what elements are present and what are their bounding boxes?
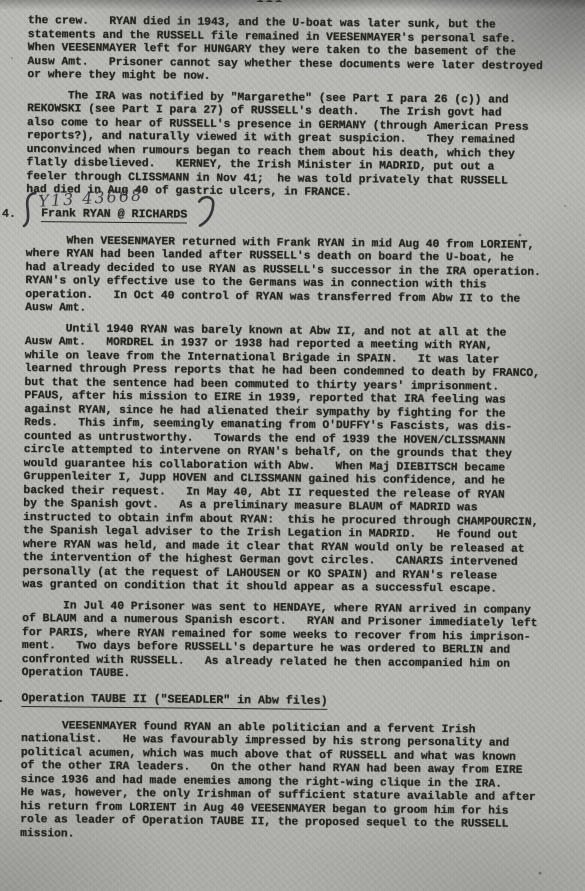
pencil-bracket-left-icon [20, 189, 38, 227]
section5-number: 5. [0, 692, 4, 705]
paragraph-crew-uboat: the crew. RYAN died in 1943, and the U-b… [27, 15, 576, 88]
scanned-document-page: - 111 - the crew. RYAN died in 1943, and… [0, 0, 585, 891]
section4-number: 4. [2, 207, 16, 220]
section4-title: Frank RYAN @ RICHARDS [41, 207, 187, 223]
section5-title: Operation TAUBE II ("SEEADLER" in Abw fi… [21, 692, 327, 710]
paragraph-ira-notified: The IRA was notified by "Margarethe" (se… [26, 89, 575, 202]
section4-heading-row: 4. Y13 43668 Frank RYAN @ RICHARDS [26, 204, 574, 229]
paragraph-hendaye: In Jul 40 Prisoner was sent to HENDAYE, … [22, 599, 571, 685]
pencil-bracket-right-icon [195, 193, 219, 229]
paragraph-ryan-return: When VEESENMAYER returned with Frank RYA… [25, 234, 574, 320]
paragraph-taube-ii: VEESENMAYER found RYAN an able politicia… [20, 719, 569, 846]
section5-heading-row: 5. Operation TAUBE II ("SEEADLER" in Abw… [21, 689, 569, 714]
page-number: - 111 - [238, 0, 302, 6]
paragraph-ryan-history: Until 1940 RYAN was barely known at Abw … [22, 322, 573, 597]
document-content: the crew. RYAN died in 1943, and the U-b… [20, 15, 576, 853]
